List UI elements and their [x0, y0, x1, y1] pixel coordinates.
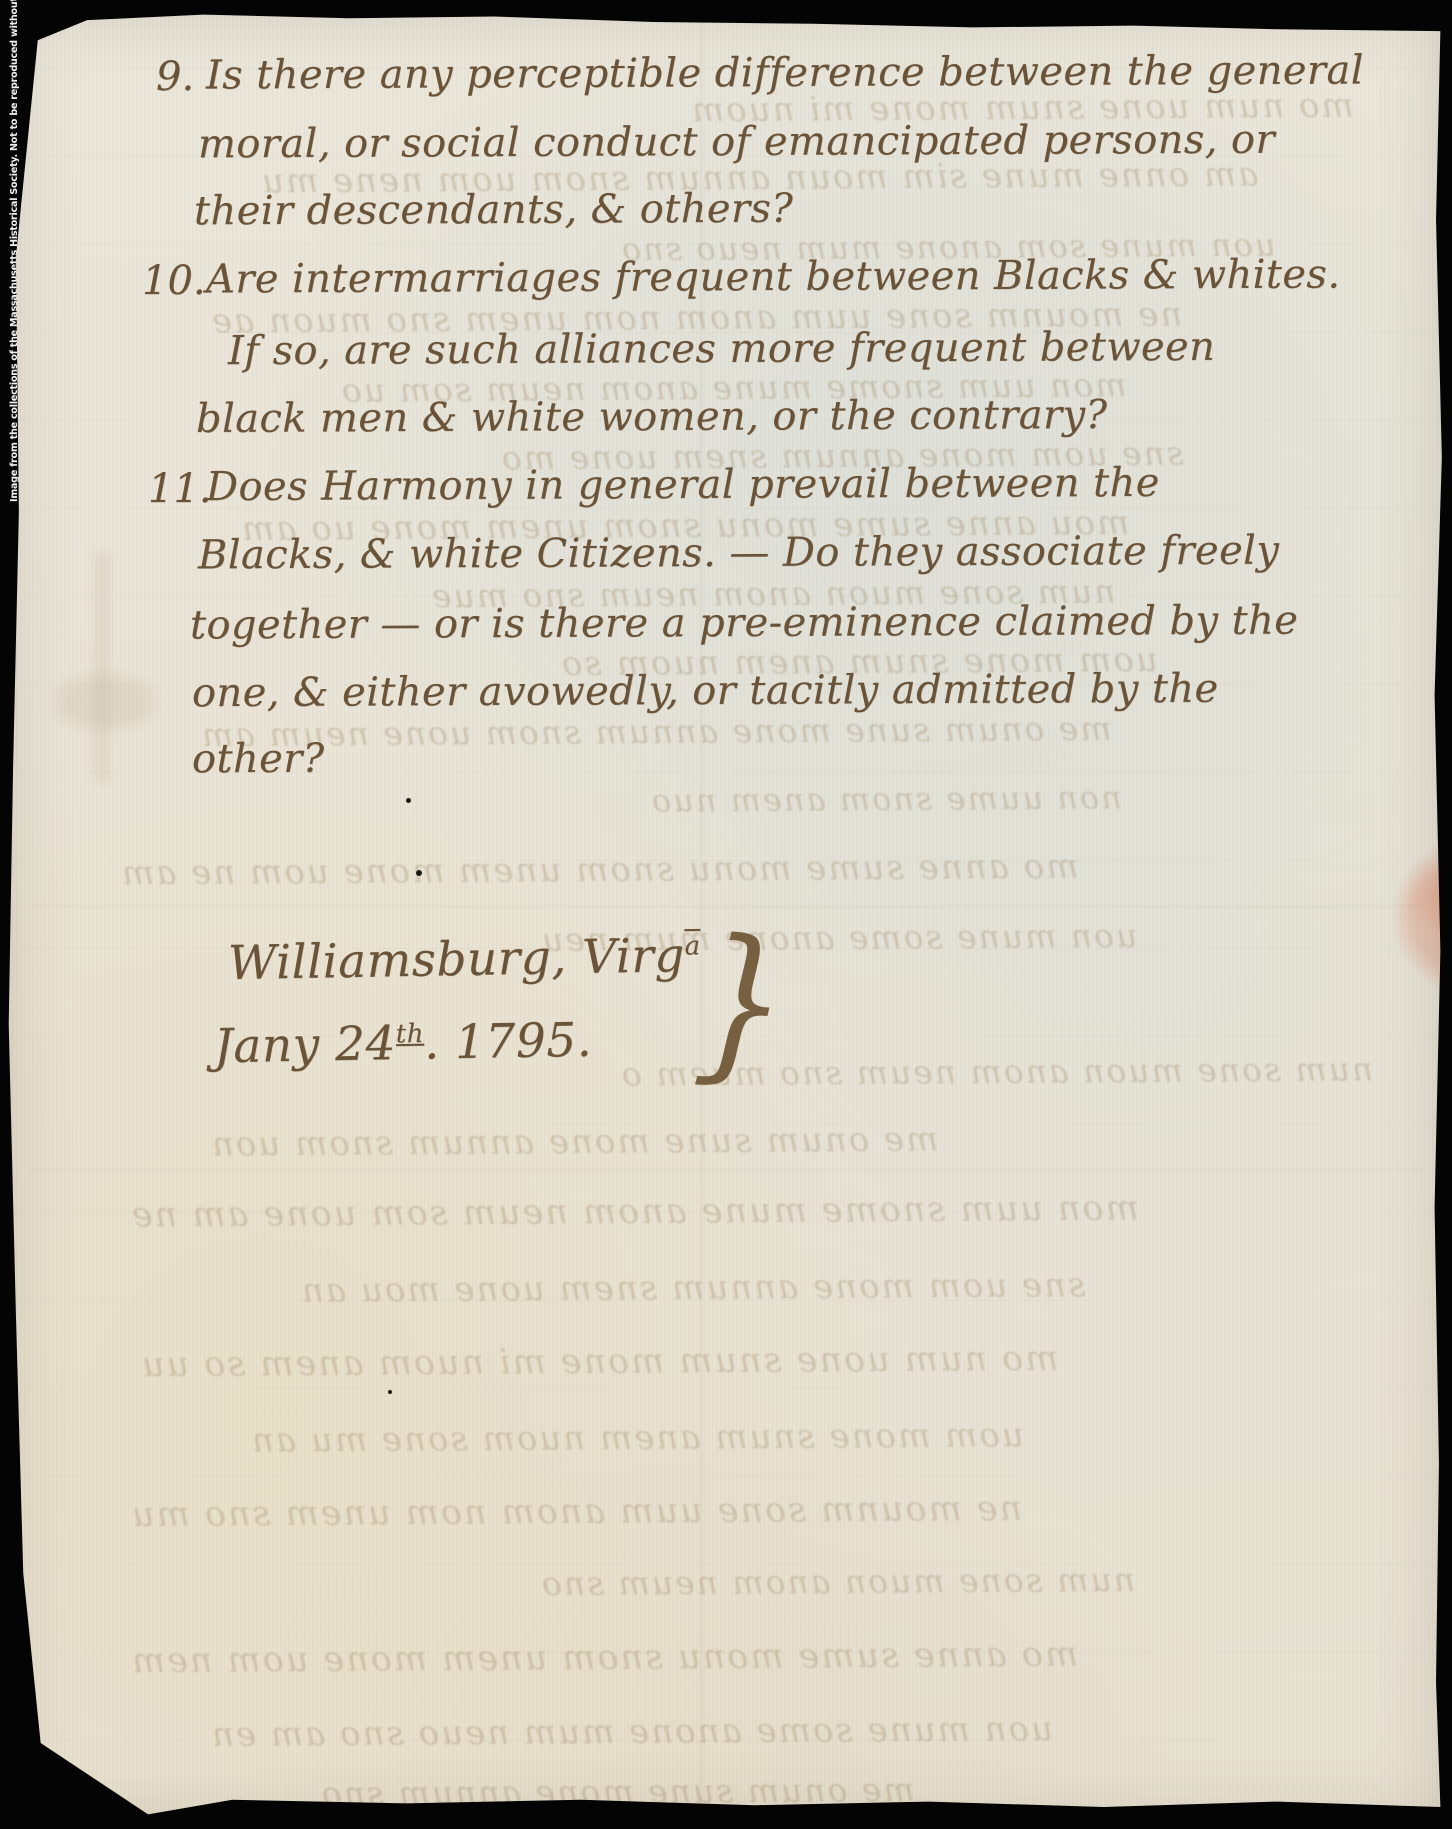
paper-edge-vignette: [0, 0, 1452, 1829]
scanned-document: Image from the collections of the Massac…: [0, 0, 1452, 1829]
manuscript-page: mo num uone snum mone mi nuom am onne mu…: [0, 0, 1452, 1829]
